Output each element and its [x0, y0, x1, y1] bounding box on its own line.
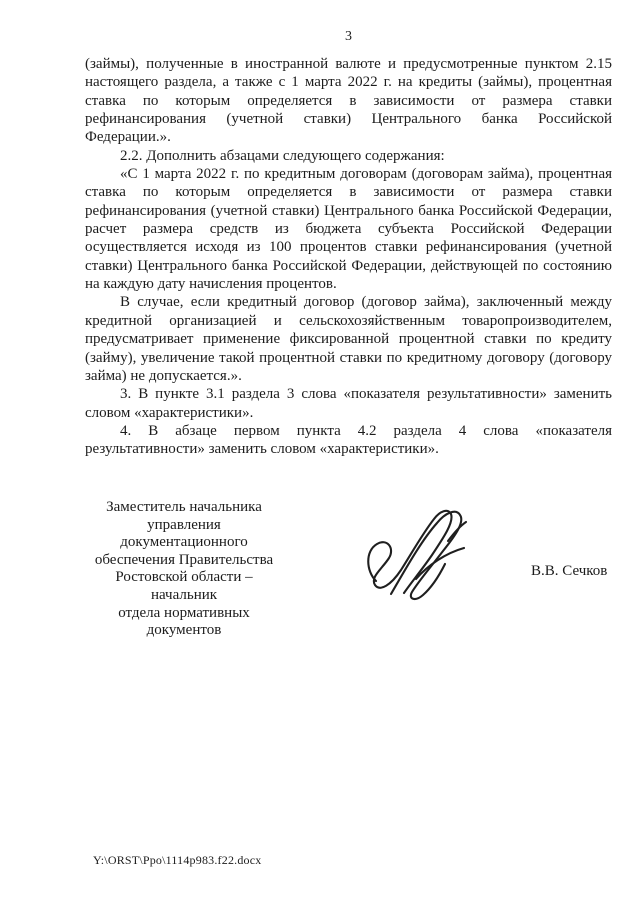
handwritten-signature-icon — [360, 507, 478, 602]
signature-block: Заместитель начальника управления докуме… — [85, 499, 612, 629]
document-body: (займы), полученные в иностранной валюте… — [85, 55, 612, 459]
signer-title: Заместитель начальника управления докуме… — [85, 499, 283, 640]
body-paragraph-new-wording-2: В случае, если кредитный договор (догово… — [85, 293, 612, 385]
body-paragraph-clause-3: 3. В пункте 3.1 раздела 3 слова «показат… — [85, 385, 612, 422]
body-paragraph-continuation: (займы), полученные в иностранной валюте… — [85, 55, 612, 147]
body-paragraph-new-wording-1: «С 1 марта 2022 г. по кредитным договора… — [85, 165, 612, 293]
body-paragraph-clause-4: 4. В абзаце первом пункта 4.2 раздела 4 … — [85, 422, 612, 459]
document-page: 3 (займы), полученные в иностранной валю… — [0, 0, 640, 905]
file-path-footer: Y:\ORST\Ppo\1114p983.f22.docx — [93, 853, 261, 868]
signer-name: В.В. Сечков — [531, 563, 607, 580]
body-paragraph-clause-2-2: 2.2. Дополнить абзацами следующего содер… — [85, 147, 612, 165]
page-number: 3 — [85, 29, 612, 45]
